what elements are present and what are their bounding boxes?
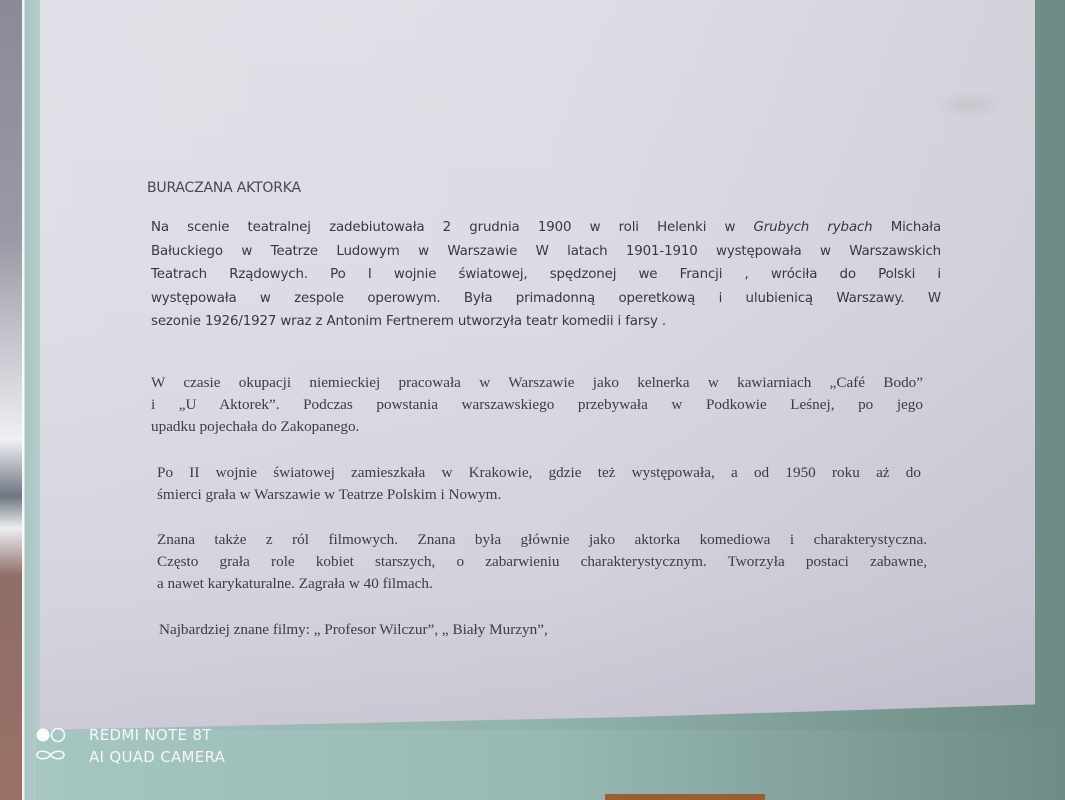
text-line: sezonie 1926/1927 wraz z Antonim Fertner… xyxy=(151,310,941,334)
text-line: upadku pojechała do Zakopanego. xyxy=(151,416,923,438)
text-line: Znana także z ról filmowych. Znana była … xyxy=(157,529,927,551)
text-line: Najbardziej znane filmy: „ Profesor Wilc… xyxy=(159,619,759,641)
text-line: Teatrach Rządowych. Po I wojnie światowe… xyxy=(151,263,941,287)
text-line: Często grała role kobiet starszych, o za… xyxy=(157,551,927,573)
text-line: W czasie okupacji niemieckiej pracowała … xyxy=(151,372,923,394)
text-line: śmierci grała w Warszawie w Teatrze Pols… xyxy=(157,484,921,506)
text-line: Po II wojnie światowej zamieszkała w Kra… xyxy=(157,462,921,484)
quad-camera-logo-icon xyxy=(34,726,74,766)
text-line: Na scenie teatralnej zadebiutowała 2 gru… xyxy=(151,216,941,240)
paragraph-debut: Na scenie teatralnej zadebiutowała 2 gru… xyxy=(151,216,941,334)
document-title: BURACZANA AKTORKA xyxy=(147,180,301,196)
text-line: Bałuckiego w Teatrze Ludowym w Warszawie… xyxy=(151,240,941,264)
text-line: występowała w zespole operowym. Była pri… xyxy=(151,287,941,311)
watermark-camera-label: AI QUAD CAMERA xyxy=(89,746,225,768)
paragraph-film-roles: Znana także z ról filmowych. Znana była … xyxy=(157,529,927,596)
watermark-device-name: REDMI NOTE 8T xyxy=(89,724,225,746)
text-line: a nawet karykaturalne. Zagrała w 40 film… xyxy=(157,573,927,595)
paragraph-famous-films: Najbardziej znane filmy: „ Profesor Wilc… xyxy=(159,619,759,641)
paragraph-occupation: W czasie okupacji niemieckiej pracowała … xyxy=(151,372,923,439)
paragraph-postwar: Po II wojnie światowej zamieszkała w Kra… xyxy=(157,462,921,506)
text-line: i „U Aktorek”. Podczas powstania warszaw… xyxy=(151,394,923,416)
document-content: BURACZANA AKTORKA Na scenie teatralnej z… xyxy=(0,0,1065,800)
play-title: Grubych rybach xyxy=(754,220,873,235)
